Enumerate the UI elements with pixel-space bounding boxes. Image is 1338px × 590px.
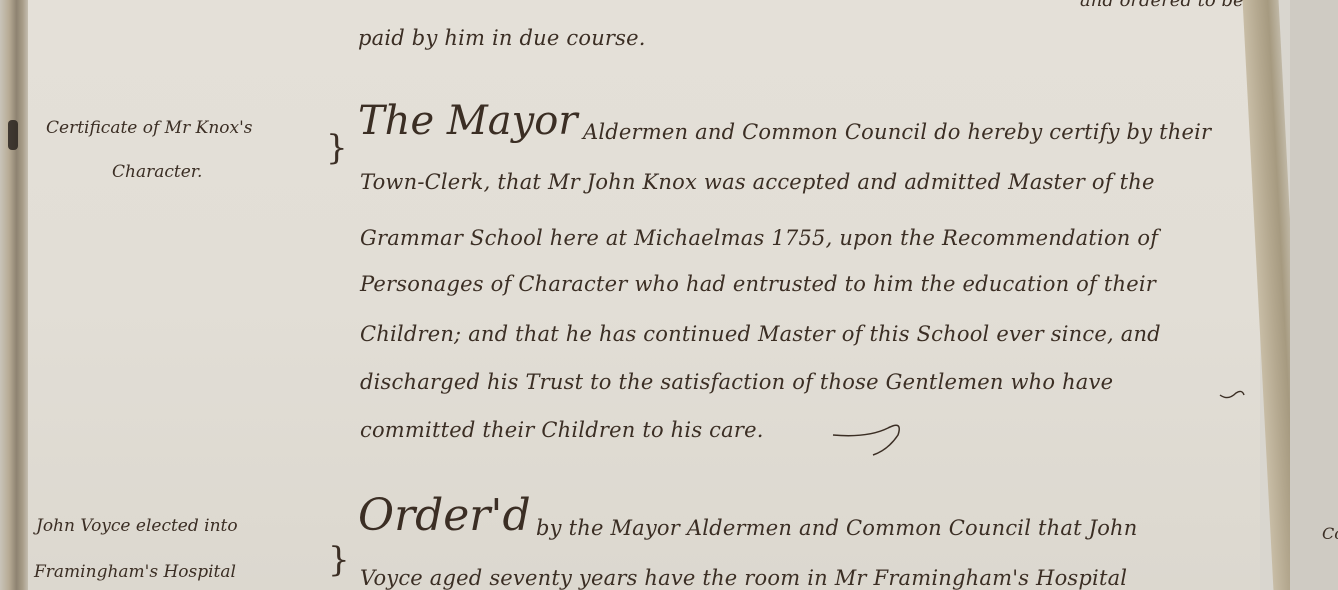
entry-2-lead-words: Order'd <box>358 490 531 541</box>
entry-1-line: Grammar School here at Michaelmas 1755, … <box>360 226 1158 250</box>
margin-note-voyce-line1: John Voyce elected into <box>36 516 238 536</box>
next-page-fragment: Com <box>1322 524 1338 543</box>
ink-stain <box>8 120 18 150</box>
entry-1-line: Aldermen and Common Council do hereby ce… <box>583 120 1211 144</box>
entry-1-line: Personages of Character who had entruste… <box>360 272 1156 296</box>
entry-2-line: by the Mayor Aldermen and Common Council… <box>536 516 1138 540</box>
manuscript-page: and ordered to be paid by him in due cou… <box>28 0 1260 590</box>
margin-brace: } <box>328 540 350 580</box>
entry-1-line: Town-Clerk, that Mr John Knox was accept… <box>360 170 1155 194</box>
top-fragment-right: and ordered to be <box>1080 0 1244 11</box>
margin-note-voyce-line2: Framingham's Hospital <box>34 562 236 582</box>
entry-1-line: committed their Children to his care. <box>360 418 764 442</box>
entry-1-line: discharged his Trust to the satisfaction… <box>360 370 1113 394</box>
margin-note-certificate-line2: Character. <box>112 162 202 182</box>
entry-1-line: Children; and that he has continued Mast… <box>360 322 1161 346</box>
next-page-edge: Com <box>1290 0 1338 590</box>
margin-note-certificate-line1: Certificate of Mr Knox's <box>46 118 253 138</box>
margin-brace: } <box>326 128 348 168</box>
top-fragment-line: paid by him in due course. <box>358 26 646 50</box>
entry-1-lead-words: The Mayor <box>358 98 577 144</box>
end-flourish <box>828 410 928 460</box>
book-binding-left <box>0 0 30 590</box>
entry-2-line: Voyce aged seventy years have the room i… <box>360 566 1127 590</box>
line-flourish <box>1218 385 1248 405</box>
